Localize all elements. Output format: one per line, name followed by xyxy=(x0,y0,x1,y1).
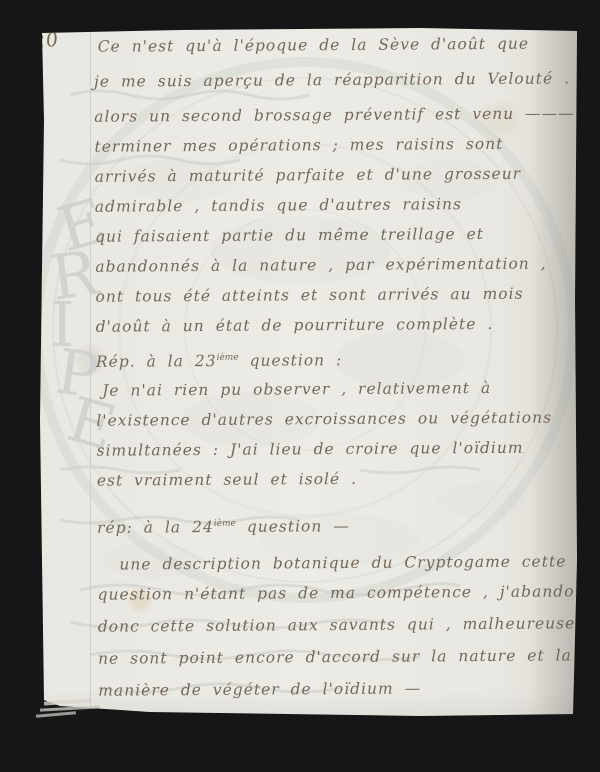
manuscript-line: alors un second brossage préventif est v… xyxy=(94,98,578,131)
manuscript-line: qui faisaient partie du même treillage e… xyxy=(95,218,579,251)
line-text: Rép. à la 23 xyxy=(96,352,217,371)
manuscript-line: est vraiment seul et isolé . xyxy=(97,462,581,495)
manuscript-page: ERIPE 20 26 Ce n'est qu'à l'époque de la… xyxy=(0,0,600,772)
manuscript-line: manière de végéter de l'oïdium — xyxy=(98,672,582,705)
manuscript-line: l'existence d'autres excroissances ou vé… xyxy=(96,402,580,435)
manuscript-line: abandonnés à la nature , par expérimenta… xyxy=(95,248,579,281)
line-text: terminer mes opérations ; mes raisins so… xyxy=(94,135,503,156)
margin-rule-line xyxy=(90,31,91,713)
line-text: rép: à la 24 xyxy=(97,518,214,537)
manuscript-line: Je n'ai rien pu observer , relativement … xyxy=(102,372,580,405)
manuscript-line: ne sont point encore d'accord sur la nat… xyxy=(98,640,582,673)
manuscript-text: Ce n'est qu'à l'époque de la Sève d'août… xyxy=(94,28,583,705)
manuscript-line: terminer mes opérations ; mes raisins so… xyxy=(94,128,578,161)
line-text: l'existence d'autres excroissances ou vé… xyxy=(96,409,552,430)
manuscript-line: rép: à la 24ième question — xyxy=(97,506,581,539)
scanned-page-background: ERIPE 20 26 Ce n'est qu'à l'époque de la… xyxy=(0,0,600,772)
manuscript-line: ont tous été atteints et sont arrivés au… xyxy=(95,278,579,311)
page-stack-edge xyxy=(40,705,100,711)
manuscript-line: d'août à un état de pourriture complète … xyxy=(96,308,580,341)
manuscript-line: admirable , tandis que d'autres raisins xyxy=(95,188,579,221)
manuscript-line: Ce n'est qu'à l'époque de la Sève d'août… xyxy=(98,28,578,61)
page-stack-edge xyxy=(36,711,76,717)
page-number: 20 xyxy=(32,28,61,53)
line-text: Ce n'est qu'à l'époque de la Sève d'août… xyxy=(98,35,529,56)
manuscript-line: Rép. à la 23ième question : xyxy=(96,340,580,373)
line-text: question — xyxy=(236,517,350,536)
manuscript-line: question n'étant pas de ma compétence , … xyxy=(97,576,581,609)
manuscript-line: une description botanique du Cryptogame … xyxy=(119,546,581,579)
line-text: d'août à un état de pourriture complète … xyxy=(96,315,494,336)
ordinal-superscript: ième xyxy=(214,519,236,529)
line-text: abandonnés à la nature , par expérimenta… xyxy=(95,255,546,276)
manuscript-line: simultanées : J'ai lieu de croire que l'… xyxy=(96,432,580,465)
line-text: une description botanique du Cryptogame … xyxy=(119,552,566,573)
line-text: arrivés à maturité parfaite et d'une gro… xyxy=(95,165,522,186)
manuscript-line: donc cette solution aux savants qui , ma… xyxy=(98,608,582,641)
stamped-folio-number: 26 xyxy=(82,11,106,31)
line-text: est vraiment seul et isolé . xyxy=(97,470,357,490)
line-text: alors un second brossage préventif est v… xyxy=(94,104,575,125)
line-text: donc cette solution aux savants qui , ma… xyxy=(98,614,600,636)
line-text: question n'étant pas de ma compétence , … xyxy=(98,582,600,604)
line-text: qui faisaient partie du même treillage e… xyxy=(95,225,484,246)
line-text: question : xyxy=(239,351,343,370)
line-text: ont tous été atteints et sont arrivés au… xyxy=(95,285,523,306)
manuscript-line: arrivés à maturité parfaite et d'une gro… xyxy=(95,158,579,191)
line-text: admirable , tandis que d'autres raisins xyxy=(95,195,462,216)
line-text: simultanées : J'ai lieu de croire que l'… xyxy=(97,439,524,460)
line-text: Je n'ai rien pu observer , relativement … xyxy=(102,379,491,400)
line-text: manière de végéter de l'oïdium — xyxy=(98,679,421,699)
line-text: ne sont point encore d'accord sur la nat… xyxy=(98,646,572,667)
line-text: je me suis aperçu de la réapparition du … xyxy=(94,69,570,90)
ordinal-superscript: ième xyxy=(217,353,239,363)
manuscript-line: je me suis aperçu de la réapparition du … xyxy=(94,63,578,96)
